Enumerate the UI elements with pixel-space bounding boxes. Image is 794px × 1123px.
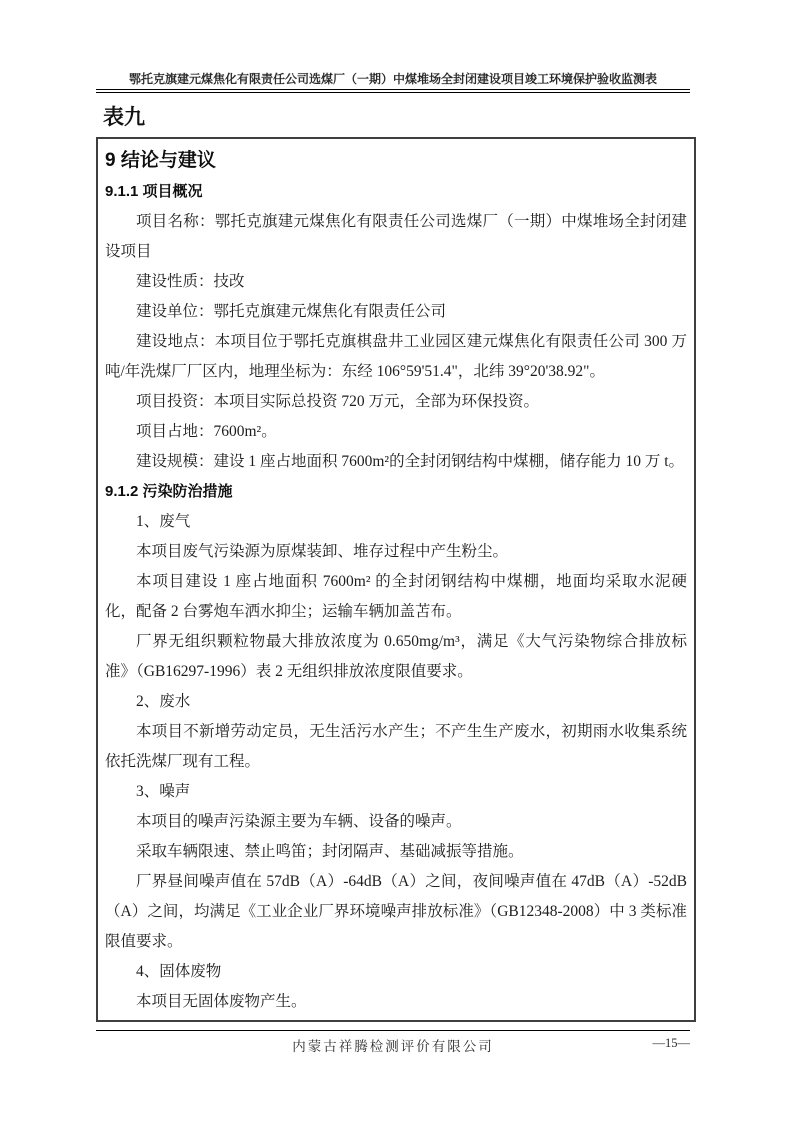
paragraph-project-area: 项目占地：7600m²。 [105, 417, 687, 447]
paragraph-noise-result: 厂界昼间噪声值在 57dB（A）-64dB（A）之间，夜间噪声值在 47dB（A… [105, 867, 687, 957]
paragraph-waste-gas-title: 1、废气 [105, 507, 687, 537]
subsection-heading-pollution-control: 9.1.2 污染防治措施 [105, 477, 687, 507]
document-page: 鄂托克旗建元煤焦化有限责任公司选煤厂（一期）中煤堆场全封闭建设项目竣工环境保护验… [0, 0, 794, 1123]
paragraph-solid-waste-detail: 本项目无固体废物产生。 [105, 987, 687, 1017]
paragraph-waste-water-detail: 本项目不新增劳动定员，无生活污水产生；不产生生产废水，初期雨水收集系统依托洗煤厂… [105, 717, 687, 777]
content-box: 9 结论与建议 9.1.1 项目概况 项目名称：鄂托克旗建元煤焦化有限责任公司选… [96, 137, 696, 1022]
footer-rule [96, 1030, 690, 1031]
paragraph-project-name: 项目名称：鄂托克旗建元煤焦化有限责任公司选煤厂（一期）中煤堆场全封闭建设项目 [105, 207, 687, 267]
paragraph-waste-gas-measures: 本项目建设 1 座占地面积 7600m² 的全封闭钢结构中煤棚，地面均采取水泥硬… [105, 567, 687, 627]
paragraph-waste-gas-result: 厂界无组织颗粒物最大排放浓度为 0.650mg/m³，满足《大气污染物综合排放标… [105, 627, 687, 687]
section-heading-conclusions: 9 结论与建议 [105, 144, 687, 177]
header-double-rule [96, 89, 690, 93]
paragraph-construction-location: 建设地点：本项目位于鄂托克旗棋盘井工业园区建元煤焦化有限责任公司 300 万吨/… [105, 327, 687, 387]
footer-page-number: —15— [96, 1036, 690, 1051]
subsection-heading-project-overview: 9.1.1 项目概况 [105, 177, 687, 207]
paragraph-waste-water-title: 2、废水 [105, 687, 687, 717]
paragraph-noise-measures: 采取车辆限速、禁止鸣笛；封闭隔声、基础减振等措施。 [105, 837, 687, 867]
table-label: 表九 [103, 101, 145, 131]
paragraph-waste-gas-source: 本项目废气污染源为原煤装卸、堆存过程中产生粉尘。 [105, 537, 687, 567]
paragraph-construction-nature: 建设性质：技改 [105, 267, 687, 297]
header-title: 鄂托克旗建元煤焦化有限责任公司选煤厂（一期）中煤堆场全封闭建设项目竣工环境保护验… [96, 70, 690, 87]
paragraph-solid-waste-title: 4、固体废物 [105, 957, 687, 987]
paragraph-noise-title: 3、噪声 [105, 777, 687, 807]
paragraph-construction-scale: 建设规模：建设 1 座占地面积 7600m²的全封闭钢结构中煤棚，储存能力 10… [105, 447, 687, 477]
paragraph-construction-unit: 建设单位：鄂托克旗建元煤焦化有限责任公司 [105, 297, 687, 327]
paragraph-project-investment: 项目投资：本项目实际总投资 720 万元，全部为环保投资。 [105, 387, 687, 417]
paragraph-noise-source: 本项目的噪声污染源主要为车辆、设备的噪声。 [105, 807, 687, 837]
